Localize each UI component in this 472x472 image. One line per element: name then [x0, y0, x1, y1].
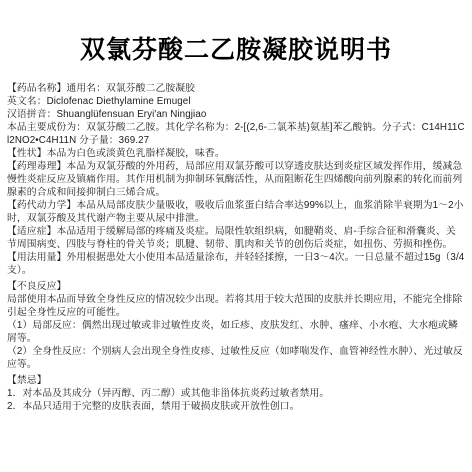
paragraph-composition: 本品主要成份为：双氯芬酸二乙胺。其化学名称为：2-[(2,6-二氯苯基)氨基]苯…: [7, 121, 465, 147]
paragraph-pharmacology: 【药理毒理】本品为双氯芬酸的外用药，局部应用双氯芬酸可以穿透皮肤达到炎症区域发挥…: [7, 160, 465, 199]
page-title: 双氯芬酸二乙胺凝胶说明书: [6, 36, 466, 65]
document-body: 【药品名称】通用名：双氯芬酸二乙胺凝胶 英文名：Diclofenac Dieth…: [0, 82, 472, 413]
paragraph-dosage: 【用法用量】外用根据患处大小使用本品适量涂布，并轻轻揉擦，一日3～4次。一日总量…: [7, 251, 465, 277]
paragraph-adverse-reactions-intro: 局部使用本品而导致全身性反应的情况较少出现。若将其用于较大范围的皮肤并长期应用，…: [7, 293, 465, 319]
paragraph-english-name: 英文名：Diclofenac Diethylamine Emugel: [7, 95, 465, 108]
paragraph-drug-name: 【药品名称】通用名：双氯芬酸二乙胺凝胶: [7, 82, 465, 95]
paragraph-description: 【性状】本品为白色或淡黄色乳脂样凝胶，味香。: [7, 147, 465, 160]
paragraph-contraindication-1: 1．对本品及其成分（异丙醇、丙二醇）或其他非甾体抗炎药过敏者禁用。: [7, 387, 465, 400]
leaflet-page: 双氯芬酸二乙胺凝胶说明书 【药品名称】通用名：双氯芬酸二乙胺凝胶 英文名：Dic…: [0, 0, 472, 472]
paragraph-pinyin-name: 汉语拼音：Shuanglüfensuan Eryi'an Ningjiao: [7, 108, 465, 121]
paragraph-indications: 【适应症】本品适用于缓解局部的疼痛及炎症。局限性软组织病，如腱鞘炎、肩-手综合征…: [7, 225, 465, 251]
paragraph-contraindications-heading: 【禁忌】: [7, 374, 465, 387]
paragraph-adverse-local-reaction: （1）局部反应：偶然出现过敏或非过敏性皮炎，如丘疹、皮肤发红、水肿、瘙痒、小水疱…: [7, 319, 465, 345]
paragraph-contraindication-2: 2．本品只适用于完整的皮肤表面，禁用于破损皮肤或开放性创口。: [7, 400, 465, 413]
paragraph-pharmacokinetics: 【药代动力学】本品从局部皮肤少量吸收，吸收后血浆蛋白结合率达99%以上，血浆消除…: [7, 199, 465, 225]
paragraph-adverse-systemic-reaction: （2）全身性反应：个别病人会出现全身性皮疹、过敏性反应（如哮喘发作、血管神经性水…: [7, 345, 465, 371]
paragraph-adverse-reactions-heading: 【不良反应】: [7, 280, 465, 293]
